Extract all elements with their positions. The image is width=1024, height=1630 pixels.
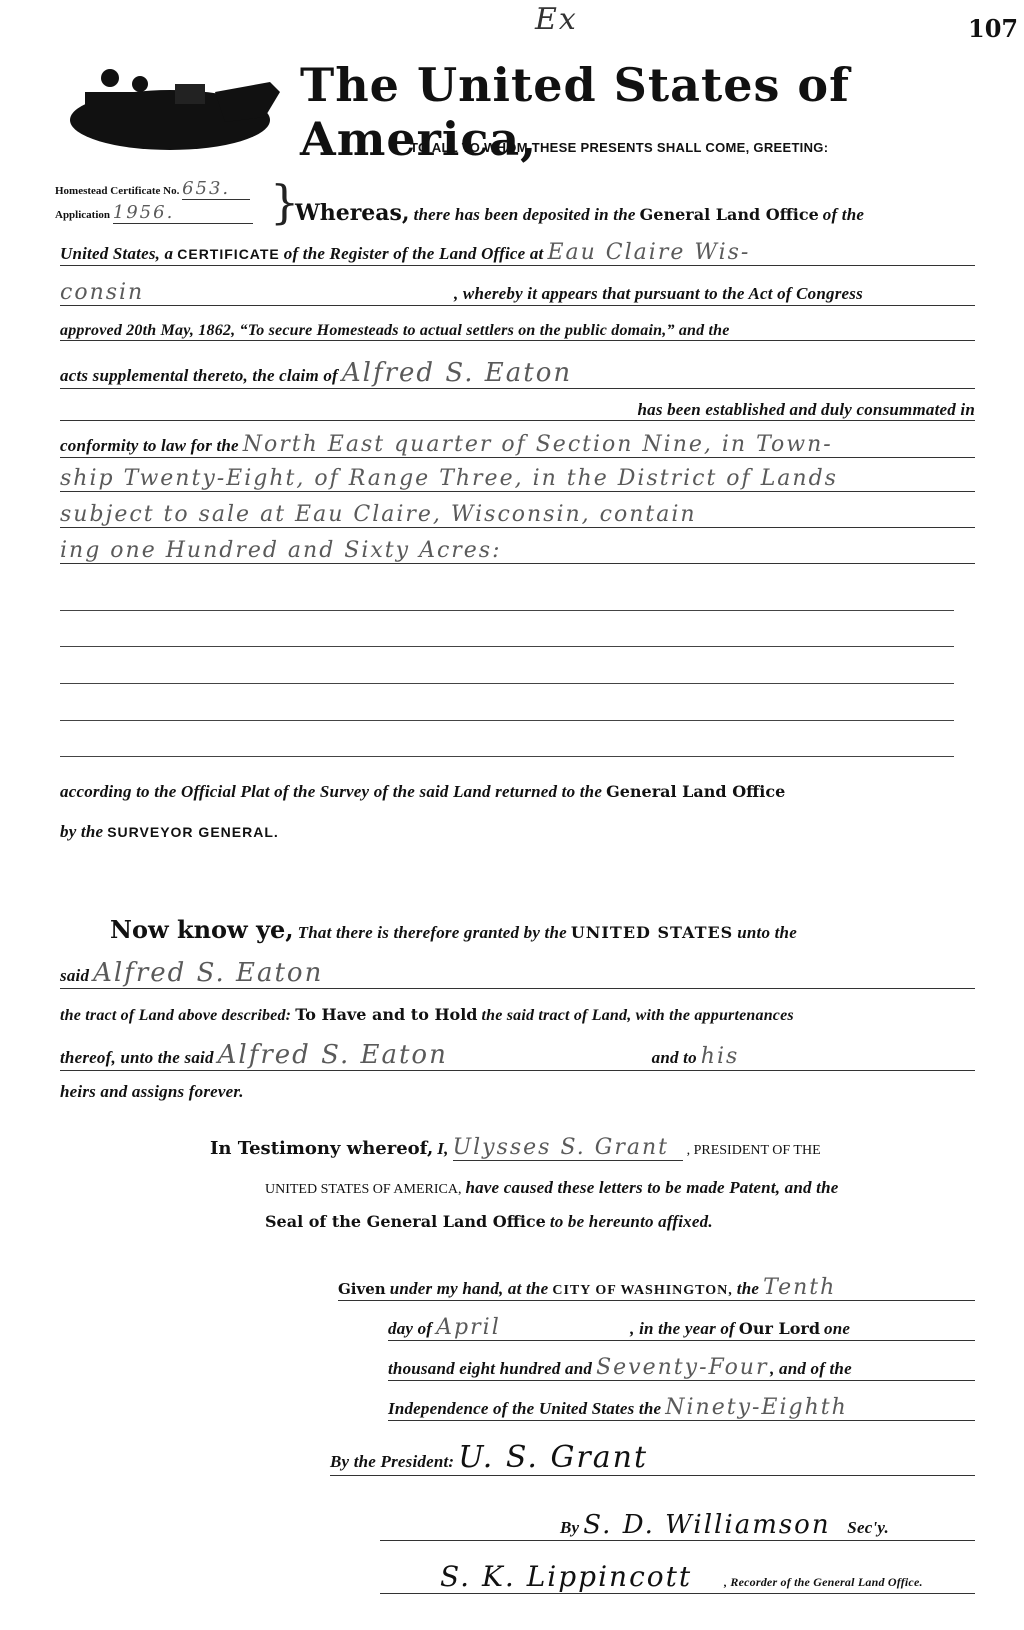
text: unto the [737, 923, 797, 942]
sleigh-vignette-icon [65, 62, 285, 152]
text: acts supplemental thereto, the claim of [60, 366, 338, 385]
body-line-6: has been established and duly consummate… [60, 400, 975, 421]
grant-line-1: Now know ye, That there is therefore gra… [110, 915, 975, 944]
land-office-location-cont: consin [60, 280, 450, 305]
text: of the [823, 205, 864, 224]
seal-text: Seal of the General Land Office [265, 1212, 546, 1231]
land-description-1: North East quarter of Section Nine, in T… [243, 432, 833, 457]
body-line-4: approved 20th May, 1862, “To secure Home… [60, 322, 975, 341]
text: day of [388, 1319, 432, 1338]
header-vignette-image [65, 62, 285, 152]
year-handwritten: Seventy-Four [596, 1355, 766, 1380]
text: the [737, 1279, 759, 1298]
text: by the [60, 822, 103, 841]
secretary-signature: S. D. Williamson [583, 1510, 843, 1540]
text: the said tract of Land, with the appurte… [482, 1007, 794, 1024]
text: have caused these letters to be made Pat… [465, 1178, 838, 1197]
text: , PRESIDENT OF THE [687, 1143, 821, 1158]
surveyor-general: SURVEYOR GENERAL. [107, 824, 279, 840]
given-line-1: Given under my hand, at the CITY OF WASH… [338, 1275, 975, 1301]
annotation-ex: Ex [535, 2, 578, 37]
text: according to the Official Plat of the Su… [60, 782, 602, 801]
given-line-3: thousand eight hundred and Seventy-Four … [388, 1355, 975, 1381]
body-line-7: conformity to law for the North East qua… [60, 432, 975, 458]
now-know-heading: Now know ye, [110, 915, 294, 944]
text: to be hereunto affixed. [550, 1212, 713, 1231]
claimant-name: Alfred S. Eaton [342, 358, 572, 388]
text: the tract of Land above described: [60, 1007, 291, 1024]
text: thousand eight hundred and [388, 1359, 592, 1378]
month-handwritten: April [436, 1315, 626, 1340]
have-and-hold: To Have and to Hold [295, 1005, 477, 1024]
land-description-4: ing one Hundred and Sixty Acres: [60, 538, 975, 564]
body-line-3: consin , whereby it appears that pursuan… [60, 280, 975, 306]
text: , and of the [770, 1359, 852, 1378]
text: Independence of the United States the [388, 1399, 661, 1418]
land-description-2: ship Twenty-Eight, of Range Three, in th… [60, 466, 975, 492]
text: approved 20th May, 1862, “To secure Home… [60, 322, 730, 339]
land-description-3: subject to sale at Eau Claire, Wisconsin… [60, 502, 975, 528]
blank-rule [60, 756, 954, 757]
text: of the Register of the Land Office at [284, 244, 544, 263]
text: I, [437, 1139, 448, 1158]
blank-rule [60, 646, 954, 647]
independence-year-handwritten: Ninety-Eighth [665, 1395, 848, 1420]
according-line: according to the Official Plat of the Su… [60, 782, 975, 802]
text: Sec'y. [847, 1518, 889, 1537]
whereas-heading: Whereas, [295, 200, 410, 226]
text: United States, a [60, 244, 173, 263]
body-line-2: United States, a CERTIFICATE of the Regi… [60, 240, 975, 266]
document-subtitle: TO ALL TO WHOM THESE PRESENTS SHALL COME… [410, 140, 828, 155]
text: said [60, 966, 89, 985]
text: under my hand, at the [390, 1279, 549, 1298]
secretary-signature-line: By S. D. Williamson Sec'y. [380, 1510, 975, 1541]
text: conformity to law for the [60, 436, 239, 455]
grantee-name-2: Alfred S. Eaton [218, 1040, 648, 1070]
text: By [560, 1518, 579, 1537]
testimony-line-1: In Testimony whereof, I, Ulysses S. Gran… [210, 1135, 975, 1161]
blank-rule [60, 720, 954, 721]
day-handwritten: Tenth [763, 1275, 836, 1300]
grantee-name: Alfred S. Eaton [93, 958, 323, 988]
text: and to [652, 1048, 697, 1067]
testimony-heading: In Testimony whereof, [210, 1138, 433, 1159]
grant-line-4: thereof, unto the said Alfred S. Eaton a… [60, 1040, 975, 1071]
text: , whereby it appears that pursuant to th… [454, 284, 863, 303]
given-line-4: Independence of the United States the Ni… [388, 1395, 975, 1421]
president-signature: U. S. Grant [458, 1440, 648, 1475]
our-lord: Our Lord [739, 1319, 820, 1338]
page-number: 107 [968, 14, 1018, 43]
text: , Recorder of the General Land Office. [724, 1575, 923, 1589]
glo-text: General Land Office [606, 782, 785, 801]
testimony-line-2: UNITED STATES OF AMERICA, have caused th… [265, 1178, 975, 1198]
president-signature-line: By the President: U. S. Grant [330, 1440, 975, 1476]
certificate-word: CERTIFICATE [177, 246, 280, 262]
text: has been established and duly consummate… [637, 400, 975, 419]
text: there has been deposited in the [414, 205, 636, 224]
certificate-box: Homestead Certificate No. 653. Applicati… [55, 178, 275, 224]
app-number: 1956. [113, 202, 253, 224]
given-heading: Given [338, 1280, 386, 1298]
whereas-line: Whereas, there has been deposited in the… [295, 200, 975, 226]
text: one [824, 1319, 850, 1338]
given-line-2: day of April , in the year of Our Lord o… [388, 1315, 975, 1341]
app-label: Application [55, 209, 110, 221]
grant-line-5: heirs and assigns forever. [60, 1082, 244, 1102]
president-name: Ulysses S. Grant [453, 1135, 683, 1161]
his: his [701, 1044, 740, 1069]
recorder-signature-line: S. K. Lippincott , Recorder of the Gener… [380, 1560, 975, 1594]
text: thereof, unto the said [60, 1048, 214, 1067]
text: That there is therefore granted by the [298, 923, 567, 942]
united-states-caps: UNITED STATES [571, 923, 733, 942]
body-line-5: acts supplemental thereto, the claim of … [60, 358, 975, 389]
cert-number: 653. [182, 178, 250, 200]
cert-label: Homestead Certificate No. [55, 185, 179, 197]
text: By the President: [330, 1452, 454, 1471]
text: UNITED STATES OF AMERICA, [265, 1182, 461, 1197]
recorder-signature: S. K. Lippincott [440, 1560, 720, 1593]
grant-line-2: said Alfred S. Eaton [60, 958, 975, 989]
text: , in the year of [630, 1319, 735, 1338]
glo-text: General Land Office [640, 205, 819, 224]
testimony-line-3: Seal of the General Land Office to be he… [265, 1212, 713, 1232]
grant-line-3: the tract of Land above described: To Ha… [60, 1005, 975, 1025]
blank-rule [60, 683, 954, 684]
land-office-location: Eau Claire Wis- [547, 240, 750, 265]
blank-rule [60, 610, 954, 611]
city-of-washington: CITY OF WASHINGTON, [552, 1283, 732, 1298]
surveyor-line: by the SURVEYOR GENERAL. [60, 822, 279, 842]
